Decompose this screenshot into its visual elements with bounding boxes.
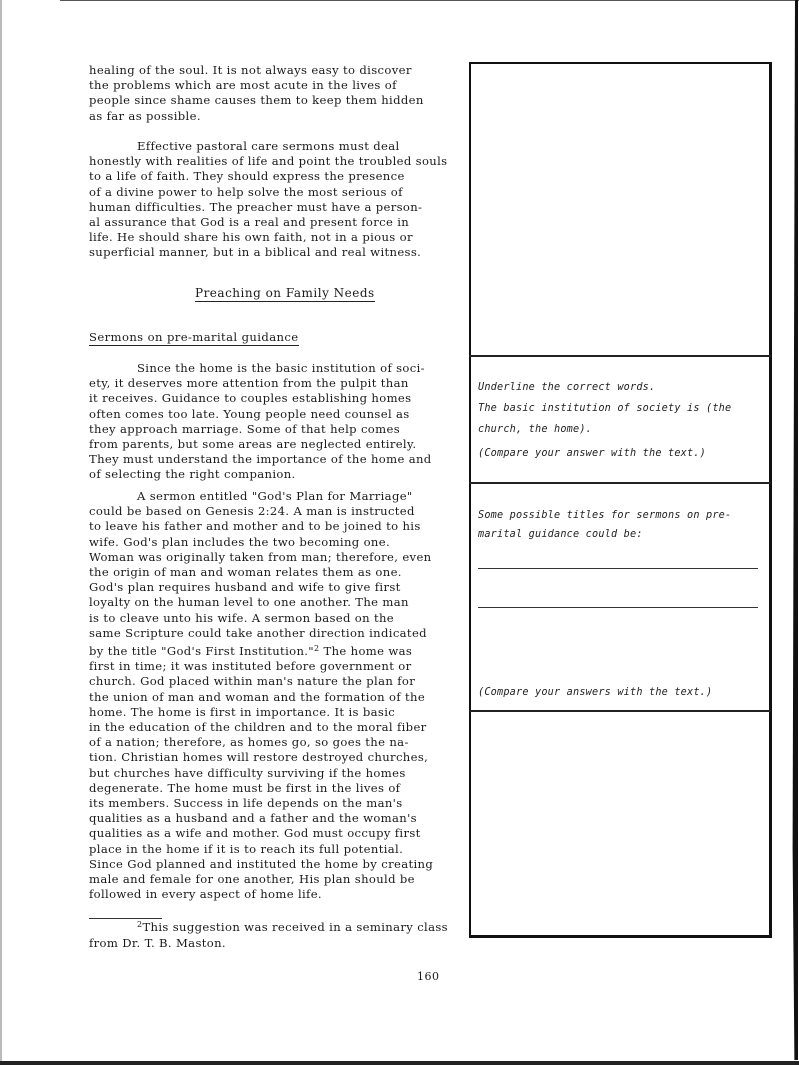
subheading: Sermons on pre-marital guidance <box>89 330 299 346</box>
page-number: 160 <box>417 970 440 983</box>
text-line: the union of man and woman and the forma… <box>89 690 467 705</box>
text-line: healing of the soul. It is not always ea… <box>89 63 467 78</box>
text-line: wife. God's plan includes the two becomi… <box>89 535 467 550</box>
text-line: church. God placed within man's nature t… <box>89 674 467 689</box>
page-edge-top <box>60 0 799 1</box>
text-line: Since God planned and instituted the hom… <box>89 857 467 872</box>
exercise-instruction: Underline the correct words. <box>478 382 763 393</box>
exercise-prompt-line: marital guidance could be: <box>478 529 763 540</box>
text-line: Since the home is the basic institution … <box>89 361 467 376</box>
text-line: its members. Success in life depends on … <box>89 796 467 811</box>
text-line: the origin of man and woman relates them… <box>89 565 467 580</box>
text-line: by the title "God's First Institution."2… <box>89 641 467 659</box>
text-line: place in the home if it is to reach its … <box>89 842 467 857</box>
text-line: as far as possible. <box>89 109 467 124</box>
text-line: God's plan requires husband and wife to … <box>89 580 467 595</box>
exercise-prompt-line: Some possible titles for sermons on pre- <box>478 510 763 521</box>
text-line: tion. Christian homes will restore destr… <box>89 750 467 765</box>
exercise-check: (Compare your answers with the text.) <box>478 687 763 698</box>
paragraph-sermon-example: A sermon entitled "God's Plan for Marria… <box>89 489 467 902</box>
text-line: could be based on Genesis 2:24. A man is… <box>89 504 467 519</box>
text-line: Effective pastoral care sermons must dea… <box>89 139 467 154</box>
text-line: human difficulties. The preacher must ha… <box>89 200 467 215</box>
text-line: life. He should share his own faith, not… <box>89 230 467 245</box>
text-line: qualities as a husband and a father and … <box>89 811 467 826</box>
footnote-reference: 2 <box>314 644 319 653</box>
exercise-question-line: The basic institution of society is (the <box>478 403 763 414</box>
text-line: followed in every aspect of home life. <box>89 887 467 902</box>
text-line: qualities as a wife and mother. God must… <box>89 826 467 841</box>
text-line: Woman was originally taken from man; the… <box>89 550 467 565</box>
text-line: male and female for one another, His pla… <box>89 872 467 887</box>
text-line: of selecting the right companion. <box>89 467 467 482</box>
text-line: to a life of faith. They should express … <box>89 169 467 184</box>
text-line: A sermon entitled "God's Plan for Marria… <box>89 489 467 504</box>
text-line: loyalty on the human level to one anothe… <box>89 595 467 610</box>
text-line: of a divine power to help solve the most… <box>89 185 467 200</box>
text-line: al assurance that God is a real and pres… <box>89 215 467 230</box>
text-line: the problems which are most acute in the… <box>89 78 467 93</box>
divider <box>469 710 771 712</box>
text-line: They must understand the importance of t… <box>89 452 467 467</box>
text-line: home. The home is first in importance. I… <box>89 705 467 720</box>
paragraph-continuation: healing of the soul. It is not always ea… <box>89 63 467 124</box>
text-line: often comes too late. Young people need … <box>89 407 467 422</box>
text-line: it receives. Guidance to couples establi… <box>89 391 467 406</box>
paragraph-home-institution: Since the home is the basic institution … <box>89 361 467 483</box>
text-line: in the education of the children and to … <box>89 720 467 735</box>
text-line: ety, it deserves more attention from the… <box>89 376 467 391</box>
text-line: superficial manner, but in a biblical an… <box>89 245 467 260</box>
answer-blank-1[interactable] <box>478 568 758 569</box>
text-line: of a nation; therefore, as homes go, so … <box>89 735 467 750</box>
divider <box>469 482 771 484</box>
text-line: they approach marriage. Some of that hel… <box>89 422 467 437</box>
text-line: honestly with realities of life and poin… <box>89 154 467 169</box>
exercise-check: (Compare your answer with the text.) <box>478 448 763 459</box>
exercise-underline: Underline the correct words. The basic i… <box>478 382 763 459</box>
divider <box>469 355 771 357</box>
page-edge-left <box>0 0 2 1065</box>
exercise-titles: Some possible titles for sermons on pre-… <box>478 510 763 540</box>
text-line: people since shame causes them to keep t… <box>89 93 467 108</box>
page-edge-bottom <box>0 1061 799 1065</box>
text-line: degenerate. The home must be first in th… <box>89 781 467 796</box>
footnote: 2This suggestion was received in a semin… <box>89 917 479 951</box>
sidebar-frame <box>469 62 772 938</box>
text-line: is to cleave unto his wife. A sermon bas… <box>89 611 467 626</box>
exercise-question-line: church, the home). <box>478 424 763 435</box>
paragraph-pastoral-care: Effective pastoral care sermons must dea… <box>89 139 467 261</box>
text-line: first in time; it was instituted before … <box>89 659 467 674</box>
text-line: from parents, but some areas are neglect… <box>89 437 467 452</box>
text-line: but churches have difficulty surviving i… <box>89 766 467 781</box>
text-line: to leave his father and mother and to be… <box>89 519 467 534</box>
footnote-text-2: from Dr. T. B. Maston. <box>89 936 479 952</box>
section-heading: Preaching on Family Needs <box>195 286 375 302</box>
answer-blank-2[interactable] <box>478 607 758 608</box>
footnote-text-1: This suggestion was received in a semina… <box>142 920 448 934</box>
page-edge-right <box>792 0 798 1060</box>
text-line: same Scripture could take another direct… <box>89 626 467 641</box>
